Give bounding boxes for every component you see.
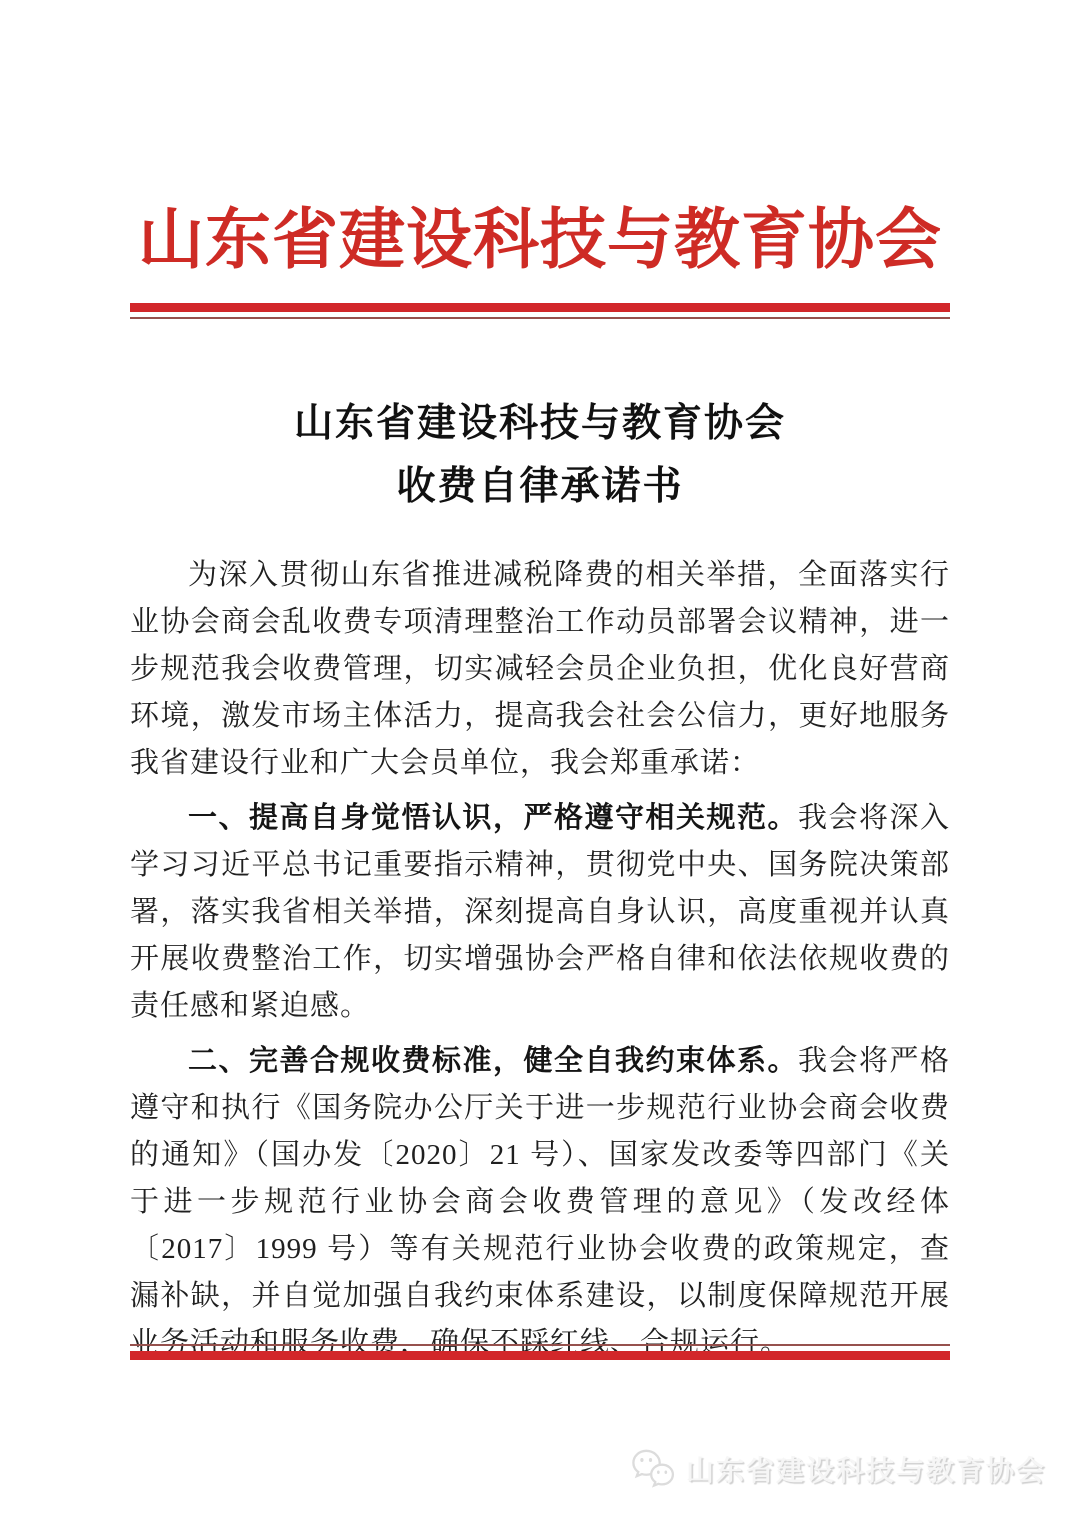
document-title-line2: 收费自律承诺书: [0, 455, 1080, 518]
footer-rule-thin: [130, 1344, 950, 1346]
letterhead-rule-thin: [130, 317, 950, 319]
body-paragraph: 二、完善合规收费标准，健全自我约束体系。我会将严格遵守和执行《国务院办公厅关于进…: [130, 1038, 950, 1367]
wechat-icon: [630, 1447, 676, 1491]
footer-rule-thick: [130, 1351, 950, 1360]
letterhead-title: 山东省建设科技与教育协会: [0, 186, 1080, 281]
document-page: 山东省建设科技与教育协会 山东省建设科技与教育协会 收费自律承诺书 为深入贯彻山…: [0, 0, 1080, 1515]
paragraph-lead: 二、完善合规收费标准，健全自我约束体系。: [188, 1045, 798, 1077]
letterhead-rule-thick: [130, 303, 950, 312]
paragraph-text: 我会将严格遵守和执行《国务院办公厅关于进一步规范行业协会商会收费的通知》（国办发…: [130, 1045, 950, 1359]
body-paragraph: 一、提高自身觉悟认识，严格遵守相关规范。我会将深入学习习近平总书记重要指示精神，…: [130, 795, 950, 1030]
document-title-line1: 山东省建设科技与教育协会: [0, 392, 1080, 455]
watermark-text: 山东省建设科技与教育协会: [686, 1449, 1046, 1489]
footer-watermark: 山东省建设科技与教育协会: [630, 1447, 1046, 1491]
paragraph-text: 为深入贯彻山东省推进减税降费的相关举措，全面落实行业协会商会乱收费专项清理整治工…: [130, 559, 950, 779]
document-title: 山东省建设科技与教育协会 收费自律承诺书: [0, 392, 1080, 518]
paragraph-lead: 一、提高自身觉悟认识，严格遵守相关规范。: [188, 802, 798, 834]
document-body: 为深入贯彻山东省推进减税降费的相关举措，全面落实行业协会商会乱收费专项清理整治工…: [130, 552, 950, 1367]
body-paragraph: 为深入贯彻山东省推进减税降费的相关举措，全面落实行业协会商会乱收费专项清理整治工…: [130, 552, 950, 787]
paragraph-text: 我会将深入学习习近平总书记重要指示精神，贯彻党中央、国务院决策部署，落实我省相关…: [130, 802, 950, 1022]
